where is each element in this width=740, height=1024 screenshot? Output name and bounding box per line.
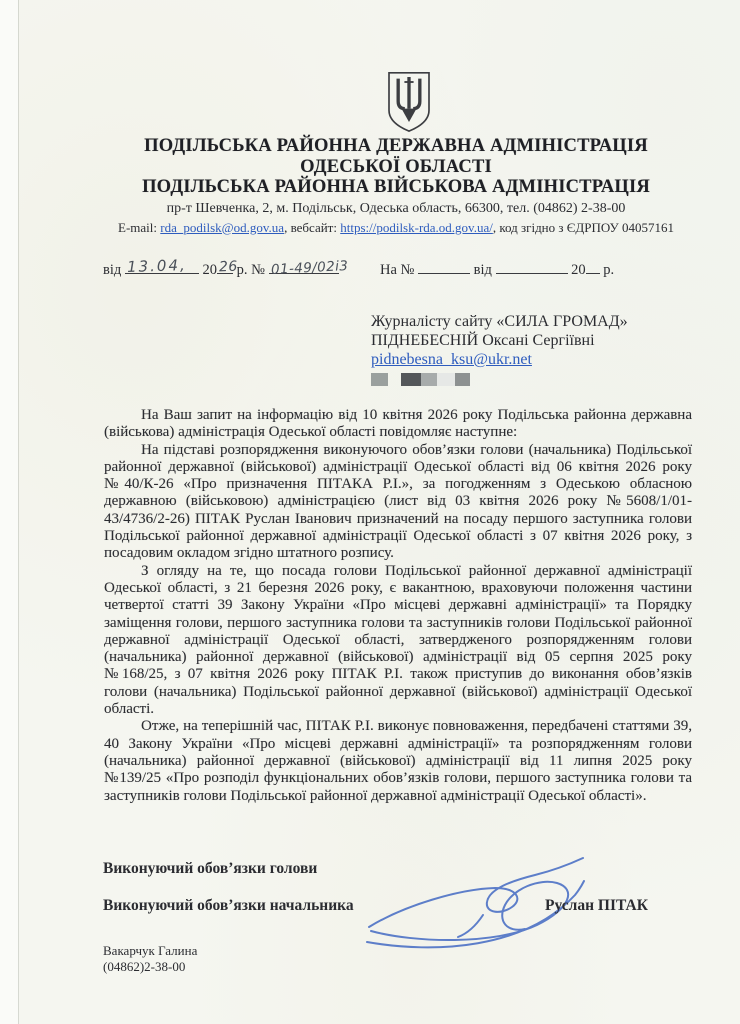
incoming-reference: На № від 20 р. xyxy=(380,258,614,279)
ukraine-trident-emblem-icon xyxy=(384,70,434,134)
executor-phone: (04862)2-38-00 xyxy=(103,959,197,975)
org-name-line-1: ПОДІЛЬСЬКА РАЙОННА ДЕРЖАВНА АДМІНІСТРАЦІ… xyxy=(100,136,692,157)
signer-position-line-1: Виконуючий обов’язки голови xyxy=(103,860,317,878)
handwritten-outgoing-year: 26 xyxy=(219,259,238,276)
signer-position-line-2: Виконуючий обов’язки начальника xyxy=(103,897,354,915)
recipient-email-link[interactable]: pidnebesna_ksu@ukr.net xyxy=(371,351,532,368)
redaction-block xyxy=(455,373,470,386)
incoming-year-suffix: р. xyxy=(600,262,615,278)
incoming-year-prefix: 20 xyxy=(571,262,586,278)
redaction-block xyxy=(421,373,437,386)
edrpou-code: , код згідно з ЄДРПОУ 04057161 xyxy=(493,220,674,235)
executor-block: Вакарчук Галина (04862)2-38-00 xyxy=(103,943,197,975)
outgoing-year-prefix: 20 xyxy=(203,262,218,278)
redaction-block xyxy=(437,373,455,386)
org-website-link[interactable]: https://podilsk-rda.od.gov.ua/ xyxy=(340,220,493,235)
org-email-link[interactable]: rda_podilsk@od.gov.ua xyxy=(160,220,284,235)
outgoing-year-blank: 26 xyxy=(217,258,233,274)
handwritten-outgoing-number: 01-49/02і3 xyxy=(270,258,348,278)
paragraph-4: Отже, на теперішній час, ПІТАК Р.І. вико… xyxy=(104,718,692,804)
scan-margin-strip xyxy=(0,0,18,1024)
email-label: E-mail: xyxy=(118,220,160,235)
incoming-date-label: від xyxy=(474,262,492,278)
handwritten-outgoing-date: 13.04, xyxy=(127,256,187,276)
recipient-role: Журналісту сайту «СИЛА ГРОМАД» xyxy=(371,312,628,331)
reference-line: від 13.04, 2026 р. № 01-49/02і3 На № від… xyxy=(103,258,693,282)
website-label: , вебсайт: xyxy=(284,220,340,235)
org-name-line-2: ОДЕСЬКОЇ ОБЛАСТІ xyxy=(100,157,692,178)
paragraph-2: На підставі розпорядження виконуючого об… xyxy=(104,442,692,563)
outgoing-reference: від 13.04, 2026 р. № 01-49/02і3 xyxy=(103,258,339,279)
signer-name: Руслан ПІТАК xyxy=(520,897,648,915)
scanned-letter-page: ПОДІЛЬСЬКА РАЙОННА ДЕРЖАВНА АДМІНІСТРАЦІ… xyxy=(0,0,740,1024)
recipient-name: ПІДНЕБЕСНІЙ Оксані Сергіївні xyxy=(371,331,628,350)
executor-name: Вакарчук Галина xyxy=(103,943,197,959)
letter-body: На Ваш запит на інформацію від 10 квітня… xyxy=(104,407,692,805)
paragraph-3: З огляду на те, що посада голови Подільс… xyxy=(104,563,692,719)
redaction-block xyxy=(371,373,388,386)
outgoing-date-blank: 13.04, xyxy=(125,258,199,274)
org-contact-line: E-mail: rda_podilsk@od.gov.ua, вебсайт: … xyxy=(100,220,692,236)
redacted-phone xyxy=(371,373,628,386)
incoming-year-blank xyxy=(586,258,600,274)
recipient-block: Журналісту сайту «СИЛА ГРОМАД» ПІДНЕБЕСН… xyxy=(371,312,628,386)
incoming-number-label: На № xyxy=(380,262,414,278)
org-name-line-3: ПОДІЛЬСЬКА РАЙОННА ВІЙСЬКОВА АДМІНІСТРАЦ… xyxy=(100,177,692,198)
org-address: пр-т Шевченка, 2, м. Подільськ, Одеська … xyxy=(100,201,692,217)
paragraph-1: На Ваш запит на інформацію від 10 квітня… xyxy=(104,407,692,442)
incoming-date-blank xyxy=(496,258,568,274)
outgoing-date-label: від xyxy=(103,262,121,278)
scan-edge-line xyxy=(18,0,19,1024)
outgoing-number-blank: 01-49/02і3 xyxy=(269,258,339,274)
redaction-block xyxy=(401,373,421,386)
incoming-number-blank xyxy=(418,258,470,274)
letterhead: ПОДІЛЬСЬКА РАЙОННА ДЕРЖАВНА АДМІНІСТРАЦІ… xyxy=(100,136,692,236)
